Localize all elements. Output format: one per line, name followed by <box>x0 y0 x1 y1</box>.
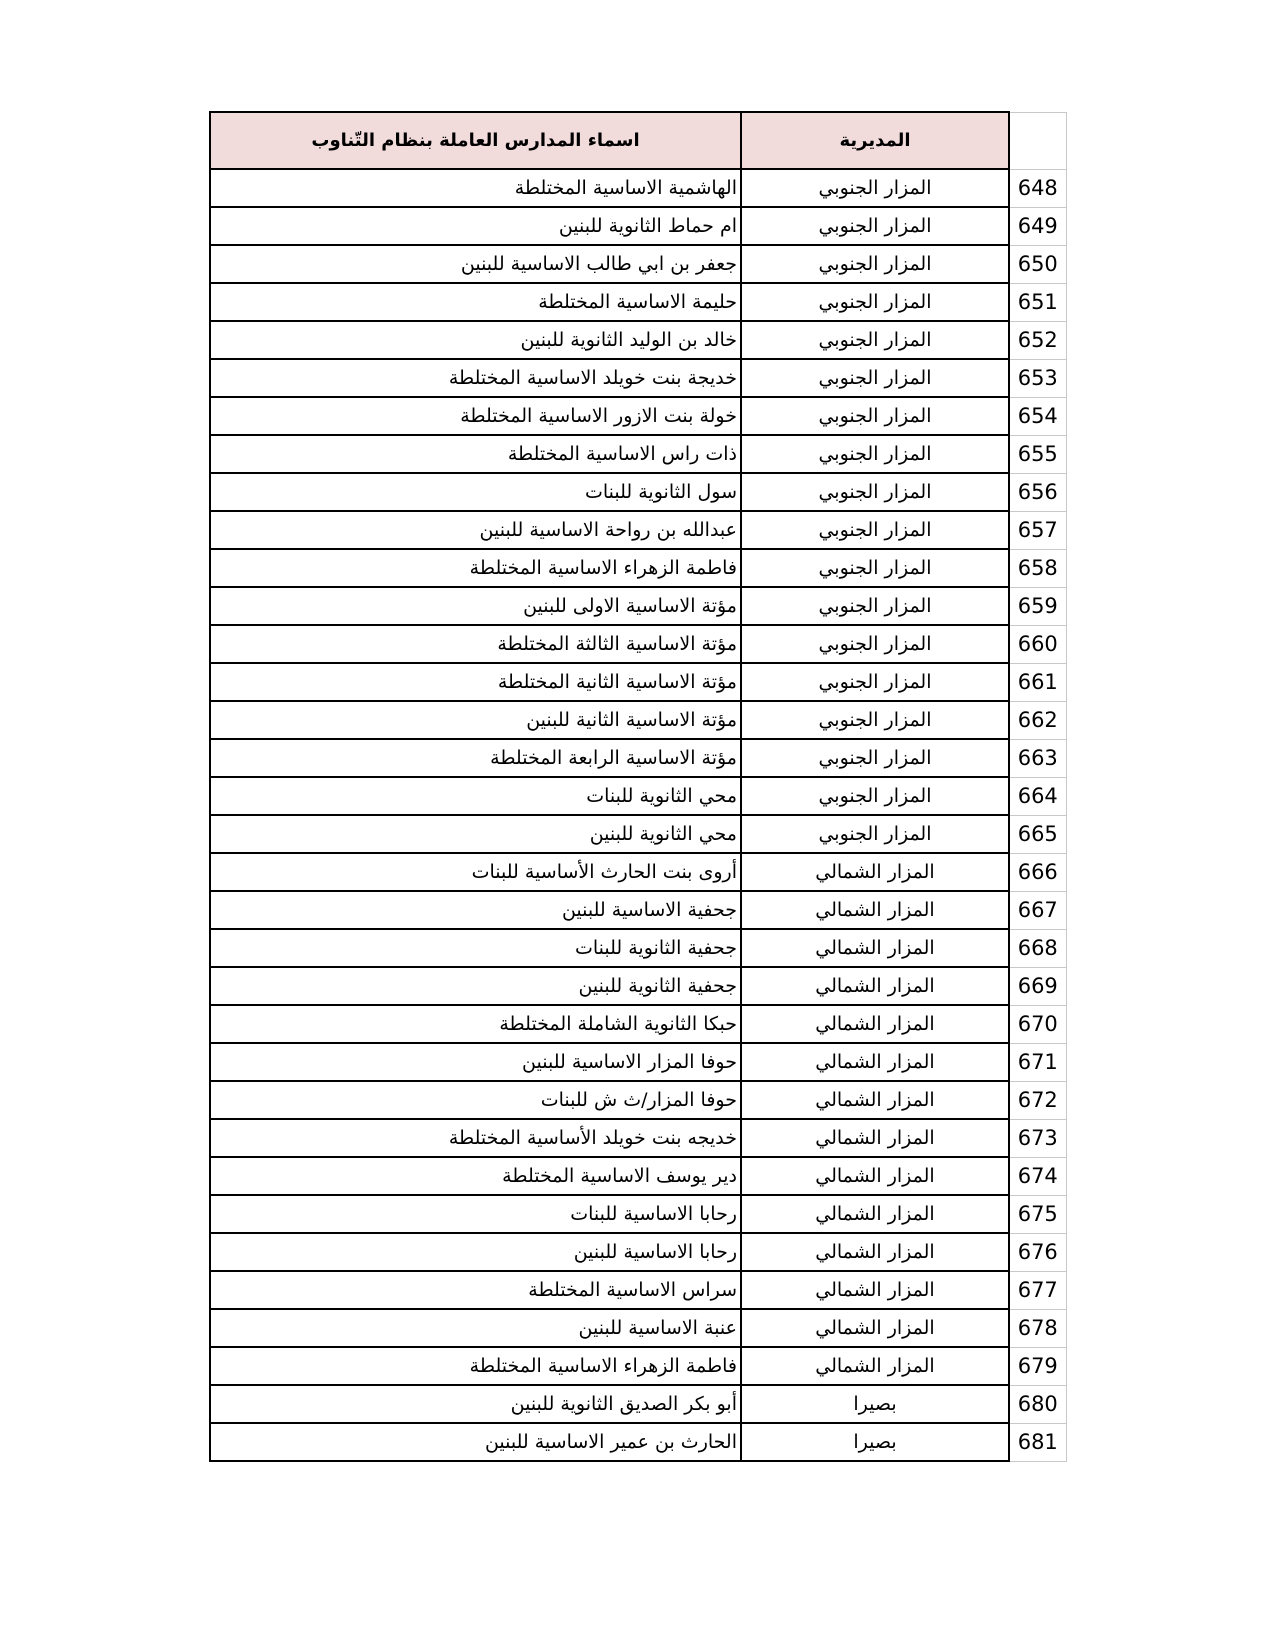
directorate-cell: المزار الجنوبي <box>741 473 1009 511</box>
school-name-cell: جعفر بن ابي طالب الاساسية للبنين <box>210 245 741 283</box>
school-name-cell: ذات راس الاساسية المختلطة <box>210 435 741 473</box>
row-number-cell: 675 <box>1009 1195 1066 1233</box>
directorate-cell: المزار الشمالي <box>741 1195 1009 1233</box>
directorate-cell: المزار الشمالي <box>741 891 1009 929</box>
school-name-cell: محي الثانوية للبنين <box>210 815 741 853</box>
school-name-cell: سراس الاساسية المختلطة <box>210 1271 741 1309</box>
table-row: أروى بنت الحارث الأساسية للبنات المزار ا… <box>210 853 1066 891</box>
row-number-cell: 674 <box>1009 1157 1066 1195</box>
school-name-cell: أروى بنت الحارث الأساسية للبنات <box>210 853 741 891</box>
table-row: خديجة بنت خويلد الاساسية المختلطة المزار… <box>210 359 1066 397</box>
table-row: مؤتة الاساسية الاولى للبنين المزار الجنو… <box>210 587 1066 625</box>
school-name-cell: دير يوسف الاساسية المختلطة <box>210 1157 741 1195</box>
row-number-cell: 661 <box>1009 663 1066 701</box>
row-number-cell: 677 <box>1009 1271 1066 1309</box>
directorate-cell: المزار الجنوبي <box>741 321 1009 359</box>
table-row: أبو بكر الصديق الثانوية للبنين بصيرا 680 <box>210 1385 1066 1423</box>
directorate-cell: المزار الشمالي <box>741 967 1009 1005</box>
school-name-cell: الحارث بن عمير الاساسية للبنين <box>210 1423 741 1461</box>
directorate-cell: المزار الجنوبي <box>741 207 1009 245</box>
row-number-cell: 666 <box>1009 853 1066 891</box>
row-number-cell: 670 <box>1009 1005 1066 1043</box>
row-number-cell: 669 <box>1009 967 1066 1005</box>
table-row: رحابا الاساسية للبنات المزار الشمالي 675 <box>210 1195 1066 1233</box>
row-number-cell: 649 <box>1009 207 1066 245</box>
table-row: خديجه بنت خويلد الأساسية المختلطة المزار… <box>210 1119 1066 1157</box>
directorate-cell: المزار الجنوبي <box>741 511 1009 549</box>
table-row: الهاشمية الاساسية المختلطة المزار الجنوب… <box>210 169 1066 207</box>
table-row: مؤتة الاساسية الرابعة المختلطة المزار ال… <box>210 739 1066 777</box>
row-number-cell: 664 <box>1009 777 1066 815</box>
directorate-column-header: المديرية <box>741 112 1009 169</box>
table-row: ام حماط الثانوية للبنين المزار الجنوبي 6… <box>210 207 1066 245</box>
school-name-cell: جحفية الثانوية للبنات <box>210 929 741 967</box>
row-number-cell: 659 <box>1009 587 1066 625</box>
directorate-cell: المزار الشمالي <box>741 929 1009 967</box>
school-name-cell: رحابا الاساسية للبنين <box>210 1233 741 1271</box>
table-row: حبكا الثانوية الشاملة المختلطة المزار ال… <box>210 1005 1066 1043</box>
table-row: فاطمة الزهراء الاساسية المختلطة المزار ا… <box>210 1347 1066 1385</box>
school-name-cell: ام حماط الثانوية للبنين <box>210 207 741 245</box>
directorate-cell: بصيرا <box>741 1423 1009 1461</box>
row-number-cell: 652 <box>1009 321 1066 359</box>
row-number-cell: 680 <box>1009 1385 1066 1423</box>
school-name-cell: جحفية الاساسية للبنين <box>210 891 741 929</box>
row-number-cell: 678 <box>1009 1309 1066 1347</box>
table-row: ذات راس الاساسية المختلطة المزار الجنوبي… <box>210 435 1066 473</box>
directorate-cell: المزار الجنوبي <box>741 245 1009 283</box>
table-row: عبدالله بن رواحة الاساسية للبنين المزار … <box>210 511 1066 549</box>
table-body: الهاشمية الاساسية المختلطة المزار الجنوب… <box>210 169 1066 1461</box>
row-number-cell: 668 <box>1009 929 1066 967</box>
row-number-cell: 663 <box>1009 739 1066 777</box>
directorate-cell: المزار الجنوبي <box>741 625 1009 663</box>
directorate-cell: المزار الجنوبي <box>741 739 1009 777</box>
school-name-cell: حوفا المزار/ث ش للبنات <box>210 1081 741 1119</box>
row-number-cell: 676 <box>1009 1233 1066 1271</box>
school-name-cell: مؤتة الاساسية الرابعة المختلطة <box>210 739 741 777</box>
table-row: حوفا المزار/ث ش للبنات المزار الشمالي 67… <box>210 1081 1066 1119</box>
table-row: محي الثانوية للبنين المزار الجنوبي 665 <box>210 815 1066 853</box>
table-row: عنبة الاساسية للبنين المزار الشمالي 678 <box>210 1309 1066 1347</box>
row-number-cell: 655 <box>1009 435 1066 473</box>
schools-column-header: اسماء المدارس العاملة بنظام التّناوب <box>210 112 741 169</box>
directorate-cell: المزار الشمالي <box>741 1119 1009 1157</box>
directorate-cell: المزار الشمالي <box>741 1347 1009 1385</box>
table-row: سراس الاساسية المختلطة المزار الشمالي 67… <box>210 1271 1066 1309</box>
directorate-cell: المزار الشمالي <box>741 1043 1009 1081</box>
row-number-cell: 654 <box>1009 397 1066 435</box>
school-name-cell: خولة بنت الازور الاساسية المختلطة <box>210 397 741 435</box>
table-row: رحابا الاساسية للبنين المزار الشمالي 676 <box>210 1233 1066 1271</box>
table-row: حليمة الاساسية المختلطة المزار الجنوبي 6… <box>210 283 1066 321</box>
school-name-cell: حليمة الاساسية المختلطة <box>210 283 741 321</box>
schools-rotation-table: اسماء المدارس العاملة بنظام التّناوب الم… <box>209 111 1067 1462</box>
row-number-cell: 665 <box>1009 815 1066 853</box>
row-number-cell: 660 <box>1009 625 1066 663</box>
school-name-cell: مؤتة الاساسية الاولى للبنين <box>210 587 741 625</box>
directorate-cell: المزار الشمالي <box>741 1271 1009 1309</box>
table-row: مؤتة الاساسية الثالثة المختلطة المزار ال… <box>210 625 1066 663</box>
table-row: جعفر بن ابي طالب الاساسية للبنين المزار … <box>210 245 1066 283</box>
directorate-cell: المزار الجنوبي <box>741 435 1009 473</box>
row-number-cell: 658 <box>1009 549 1066 587</box>
school-name-cell: سول الثانوية للبنات <box>210 473 741 511</box>
school-name-cell: حبكا الثانوية الشاملة المختلطة <box>210 1005 741 1043</box>
directorate-cell: المزار الشمالي <box>741 1005 1009 1043</box>
school-name-cell: محي الثانوية للبنات <box>210 777 741 815</box>
row-number-cell: 681 <box>1009 1423 1066 1461</box>
table-row: مؤتة الاساسية الثانية للبنين المزار الجن… <box>210 701 1066 739</box>
row-number-cell: 648 <box>1009 169 1066 207</box>
school-name-cell: مؤتة الاساسية الثانية المختلطة <box>210 663 741 701</box>
school-name-cell: خالد بن الوليد الثانوية للبنين <box>210 321 741 359</box>
school-name-cell: مؤتة الاساسية الثانية للبنين <box>210 701 741 739</box>
table-row: سول الثانوية للبنات المزار الجنوبي 656 <box>210 473 1066 511</box>
table-row: جحفية الثانوية للبنات المزار الشمالي 668 <box>210 929 1066 967</box>
row-number-cell: 657 <box>1009 511 1066 549</box>
directorate-cell: المزار الشمالي <box>741 1081 1009 1119</box>
row-number-cell: 667 <box>1009 891 1066 929</box>
table-row: خولة بنت الازور الاساسية المختلطة المزار… <box>210 397 1066 435</box>
table-row: جحفية الثانوية للبنين المزار الشمالي 669 <box>210 967 1066 1005</box>
directorate-cell: المزار الجنوبي <box>741 701 1009 739</box>
printed-sheet: اسماء المدارس العاملة بنظام التّناوب الم… <box>209 111 1067 1462</box>
directorate-cell: المزار الجنوبي <box>741 397 1009 435</box>
school-name-cell: فاطمة الزهراء الاساسية المختلطة <box>210 549 741 587</box>
row-number-cell: 679 <box>1009 1347 1066 1385</box>
row-number-cell: 673 <box>1009 1119 1066 1157</box>
table-row: مؤتة الاساسية الثانية المختلطة المزار ال… <box>210 663 1066 701</box>
directorate-cell: المزار الجنوبي <box>741 815 1009 853</box>
table-row: دير يوسف الاساسية المختلطة المزار الشمال… <box>210 1157 1066 1195</box>
table-row: خالد بن الوليد الثانوية للبنين المزار ال… <box>210 321 1066 359</box>
directorate-cell: المزار الشمالي <box>741 1233 1009 1271</box>
school-name-cell: الهاشمية الاساسية المختلطة <box>210 169 741 207</box>
directorate-cell: المزار الجنوبي <box>741 777 1009 815</box>
school-name-cell: رحابا الاساسية للبنات <box>210 1195 741 1233</box>
school-name-cell: أبو بكر الصديق الثانوية للبنين <box>210 1385 741 1423</box>
school-name-cell: مؤتة الاساسية الثالثة المختلطة <box>210 625 741 663</box>
directorate-cell: المزار الجنوبي <box>741 587 1009 625</box>
table-row: فاطمة الزهراء الاساسية المختلطة المزار ا… <box>210 549 1066 587</box>
row-number-cell: 656 <box>1009 473 1066 511</box>
directorate-cell: المزار الجنوبي <box>741 359 1009 397</box>
row-number-cell: 662 <box>1009 701 1066 739</box>
row-number-header-spacer <box>1009 112 1066 169</box>
school-name-cell: فاطمة الزهراء الاساسية المختلطة <box>210 1347 741 1385</box>
directorate-cell: المزار الشمالي <box>741 853 1009 891</box>
table-row: الحارث بن عمير الاساسية للبنين بصيرا 681 <box>210 1423 1066 1461</box>
row-number-cell: 671 <box>1009 1043 1066 1081</box>
directorate-cell: المزار الجنوبي <box>741 549 1009 587</box>
table-row: جحفية الاساسية للبنين المزار الشمالي 667 <box>210 891 1066 929</box>
row-number-cell: 672 <box>1009 1081 1066 1119</box>
row-number-cell: 653 <box>1009 359 1066 397</box>
school-name-cell: جحفية الثانوية للبنين <box>210 967 741 1005</box>
table-row: حوفا المزار الاساسية للبنين المزار الشما… <box>210 1043 1066 1081</box>
table-header-row: اسماء المدارس العاملة بنظام التّناوب الم… <box>210 112 1066 169</box>
school-name-cell: خديجه بنت خويلد الأساسية المختلطة <box>210 1119 741 1157</box>
school-name-cell: عنبة الاساسية للبنين <box>210 1309 741 1347</box>
directorate-cell: المزار الجنوبي <box>741 663 1009 701</box>
directorate-cell: المزار الجنوبي <box>741 283 1009 321</box>
directorate-cell: المزار الجنوبي <box>741 169 1009 207</box>
row-number-cell: 650 <box>1009 245 1066 283</box>
school-name-cell: عبدالله بن رواحة الاساسية للبنين <box>210 511 741 549</box>
school-name-cell: حوفا المزار الاساسية للبنين <box>210 1043 741 1081</box>
directorate-cell: بصيرا <box>741 1385 1009 1423</box>
directorate-cell: المزار الشمالي <box>741 1309 1009 1347</box>
directorate-cell: المزار الشمالي <box>741 1157 1009 1195</box>
row-number-cell: 651 <box>1009 283 1066 321</box>
school-name-cell: خديجة بنت خويلد الاساسية المختلطة <box>210 359 741 397</box>
table-row: محي الثانوية للبنات المزار الجنوبي 664 <box>210 777 1066 815</box>
